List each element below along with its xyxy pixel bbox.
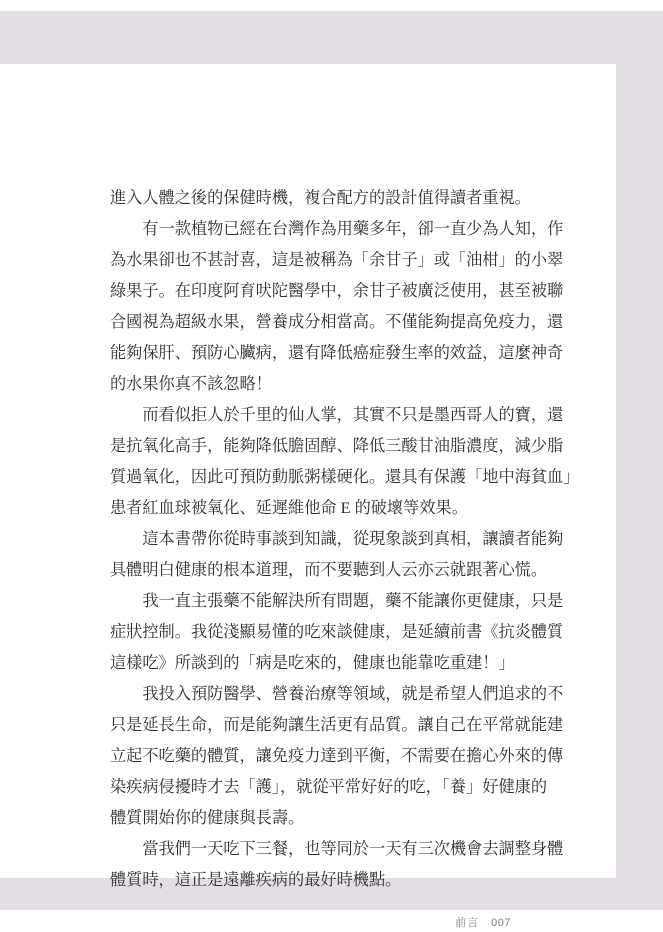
text-line: 症狀控制。我從淺顯易懂的吃來談健康，是延續前書《抗炎體質 (110, 617, 580, 648)
text-line: 合國視為超級水果，營養成分相當高。不僅能夠提高免疫力，還 (110, 307, 580, 338)
footer: 前言007 (455, 914, 511, 930)
text-line: 染疾病侵擾時才去「護」，就從平常好好的吃，「養」好健康的 (110, 772, 580, 803)
text-line: 綠果子。在印度阿育吠陀醫學中，余甘子被廣泛使用，甚至被聯 (110, 276, 580, 307)
body-text: 進入人體之後的保健時機，複合配方的設計值得讀者重視。有一款植物已經在台灣作為用藥… (110, 183, 580, 896)
text-line: 體質開始你的健康與長壽。 (110, 803, 580, 834)
text-line: 進入人體之後的保健時機，複合配方的設計值得讀者重視。 (110, 183, 580, 214)
text-line: 患者紅血球被氧化、延遲維他命 E 的破壞等效果。 (110, 493, 580, 524)
text-line: 體質時，這正是遠離疾病的最好時機點。 (110, 865, 580, 896)
book-page: 進入人體之後的保健時機，複合配方的設計值得讀者重視。有一款植物已經在台灣作為用藥… (0, 64, 616, 878)
text-line: 當我們一天吃下三餐，也等同於一天有三次機會去調整身體 (110, 834, 580, 865)
text-line: 的水果你真不該忽略！ (110, 369, 580, 400)
text-line: 是抗氧化高手，能夠降低膽固醇、降低三酸甘油脂濃度，減少脂 (110, 431, 580, 462)
text-line: 有一款植物已經在台灣作為用藥多年，卻一直少為人知，作 (110, 214, 580, 245)
text-line: 只是延長生命，而是能夠讓生活更有品質。讓自己在平常就能建 (110, 710, 580, 741)
text-line: 立起不吃藥的體質，讓免疫力達到平衡，不需要在擔心外來的傳 (110, 741, 580, 772)
text-line: 而看似拒人於千里的仙人掌，其實不只是墨西哥人的寶，還 (110, 400, 580, 431)
text-line: 我一直主張藥不能解決所有問題，藥不能讓你更健康，只是 (110, 586, 580, 617)
text-line: 能夠保肝、預防心臟病，還有降低癌症發生率的效益，這麼神奇 (110, 338, 580, 369)
text-line: 這樣吃》所談到的「病是吃來的，健康也能靠吃重建！」 (110, 648, 580, 679)
footer-section-label: 前言 (455, 917, 479, 929)
text-line: 具體明白健康的根本道理，而不要聽到人云亦云就跟著心慌。 (110, 555, 580, 586)
text-line: 質過氧化，因此可預防動脈粥樣硬化。還具有保護「地中海貧血」 (110, 462, 580, 493)
book-page-scan: 進入人體之後的保健時機，複合配方的設計值得讀者重視。有一款植物已經在台灣作為用藥… (0, 0, 663, 932)
footer-page-number: 007 (491, 917, 511, 929)
text-line: 我投入預防醫學、營養治療等領域，就是希望人們追求的不 (110, 679, 580, 710)
text-line: 為水果卻也不甚討喜，這是被稱為「余甘子」或「油柑」的小翠 (110, 245, 580, 276)
text-line: 這本書帶你從時事談到知識，從現象談到真相，讓讀者能夠 (110, 524, 580, 555)
